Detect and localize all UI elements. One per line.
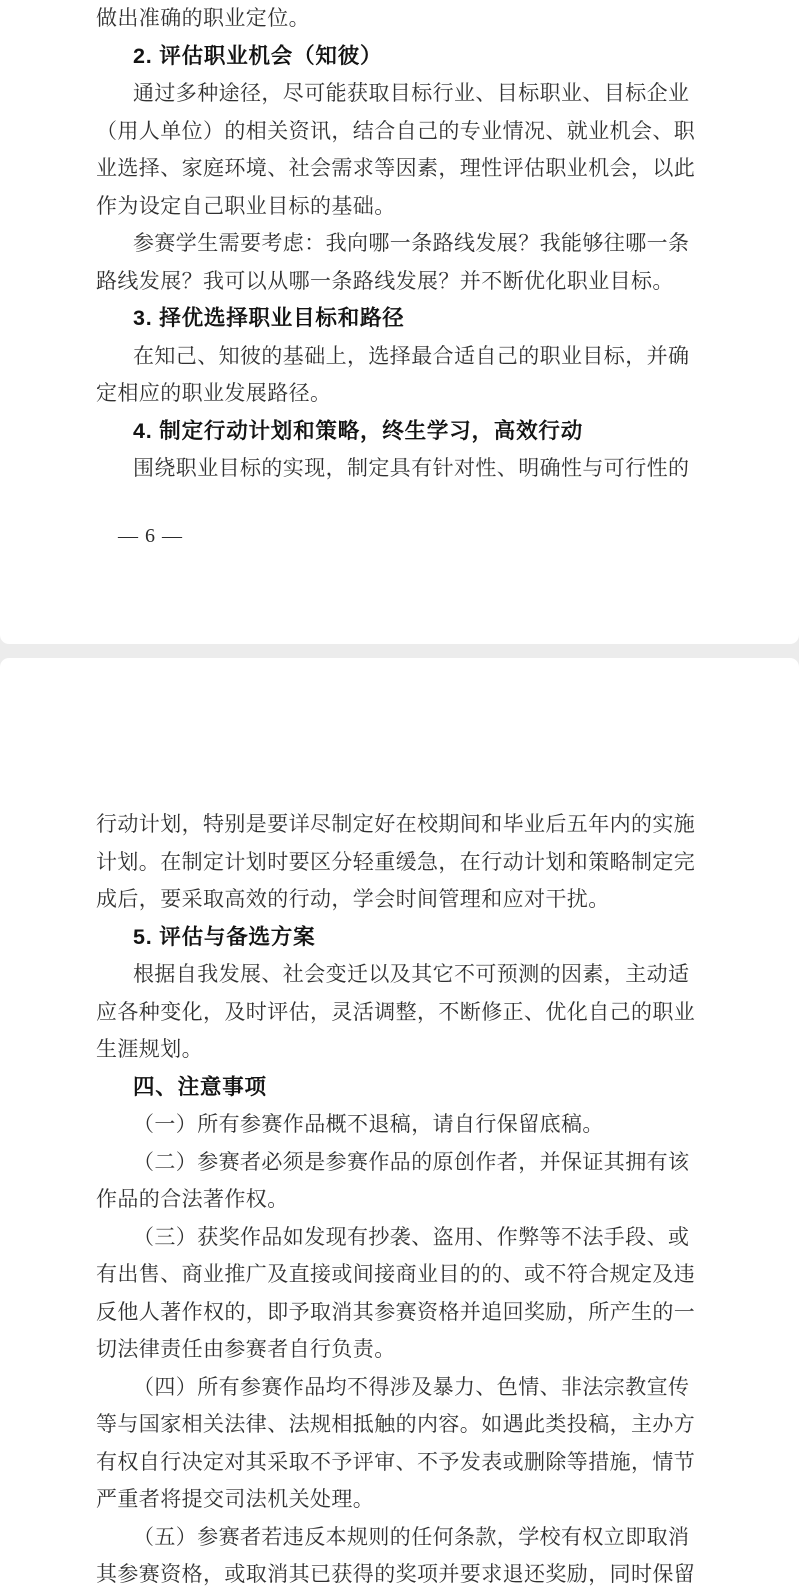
document-page-7: 行动计划，特别是要详尽制定好在校期间和毕业后五年内的实施计划。在制定计划时要区分… xyxy=(0,658,799,1594)
body-text-line: （五）参赛者若违反本规则的任何条款，学校有权立即取消 xyxy=(96,1519,708,1557)
document-page-6: 做出准确的职业定位。2. 评估职业机会（知彼）通过多种途径，尽可能获取目标行业、… xyxy=(0,0,799,644)
page-6-text-block: 做出准确的职业定位。2. 评估职业机会（知彼）通过多种途径，尽可能获取目标行业、… xyxy=(96,0,708,488)
body-text-line: 切法律责任由参赛者自行负责。 xyxy=(96,1331,708,1369)
body-text-line: 等与国家相关法律、法规相抵触的内容。如遇此类投稿，主办方 xyxy=(96,1406,708,1444)
page-7-text-block: 行动计划，特别是要详尽制定好在校期间和毕业后五年内的实施计划。在制定计划时要区分… xyxy=(96,806,708,1594)
body-text-line: 行动计划，特别是要详尽制定好在校期间和毕业后五年内的实施 xyxy=(96,806,708,844)
heading-line: 3. 择优选择职业目标和路径 xyxy=(96,300,708,338)
body-text-line: 计划。在制定计划时要区分轻重缓急，在行动计划和策略制定完 xyxy=(96,844,708,882)
heading-line: 2. 评估职业机会（知彼） xyxy=(96,38,708,76)
body-text-line: 有出售、商业推广及直接或间接商业目的的、或不符合规定及违 xyxy=(96,1256,708,1294)
page-number: — 6 — xyxy=(118,518,183,555)
body-text-line: 业选择、家庭环境、社会需求等因素，理性评估职业机会，以此 xyxy=(96,150,708,188)
body-text-line: 根据自我发展、社会变迁以及其它不可预测的因素，主动适 xyxy=(96,956,708,994)
heading-line: 5. 评估与备选方案 xyxy=(96,919,708,957)
body-text-line: 通过多种途径，尽可能获取目标行业、目标职业、目标企业 xyxy=(96,75,708,113)
body-text-line: 在知己、知彼的基础上，选择最合适自己的职业目标，并确 xyxy=(96,338,708,376)
body-text-line: 围绕职业目标的实现，制定具有针对性、明确性与可行性的 xyxy=(96,450,708,488)
body-text-line: 做出准确的职业定位。 xyxy=(96,0,708,38)
body-text-line: 作为设定自己职业目标的基础。 xyxy=(96,188,708,226)
body-text-line: 应各种变化，及时评估，灵活调整，不断修正、优化自己的职业 xyxy=(96,994,708,1032)
body-text-line: 严重者将提交司法机关处理。 xyxy=(96,1481,708,1519)
body-text-line: 反他人著作权的，即予取消其参赛资格并追回奖励，所产生的一 xyxy=(96,1294,708,1332)
body-text-line: 成后，要采取高效的行动，学会时间管理和应对干扰。 xyxy=(96,881,708,919)
heading-line: 四、注意事项 xyxy=(96,1069,708,1107)
body-text-line: 参赛学生需要考虑：我向哪一条路线发展？我能够往哪一条 xyxy=(96,225,708,263)
body-text-line: （用人单位）的相关资讯，结合自己的专业情况、就业机会、职 xyxy=(96,113,708,151)
body-text-line: 定相应的职业发展路径。 xyxy=(96,375,708,413)
body-text-line: （一）所有参赛作品概不退稿，请自行保留底稿。 xyxy=(96,1106,708,1144)
body-text-line: （四）所有参赛作品均不得涉及暴力、色情、非法宗教宣传 xyxy=(96,1369,708,1407)
body-text-line: （三）获奖作品如发现有抄袭、盗用、作弊等不法手段、或 xyxy=(96,1219,708,1257)
document-viewer: 做出准确的职业定位。2. 评估职业机会（知彼）通过多种途径，尽可能获取目标行业、… xyxy=(0,0,799,1594)
body-text-line: 有权自行决定对其采取不予评审、不予发表或删除等措施，情节 xyxy=(96,1444,708,1482)
body-text-line: 作品的合法著作权。 xyxy=(96,1181,708,1219)
heading-line: 4. 制定行动计划和策略，终生学习，高效行动 xyxy=(96,413,708,451)
body-text-line: （二）参赛者必须是参赛作品的原创作者，并保证其拥有该 xyxy=(96,1144,708,1182)
body-text-line: 生涯规划。 xyxy=(96,1031,708,1069)
page-gap xyxy=(0,644,799,658)
body-text-line: 其参赛资格，或取消其已获得的奖项并要求退还奖励，同时保留 xyxy=(96,1556,708,1594)
body-text-line: 路线发展？我可以从哪一条路线发展？并不断优化职业目标。 xyxy=(96,263,708,301)
